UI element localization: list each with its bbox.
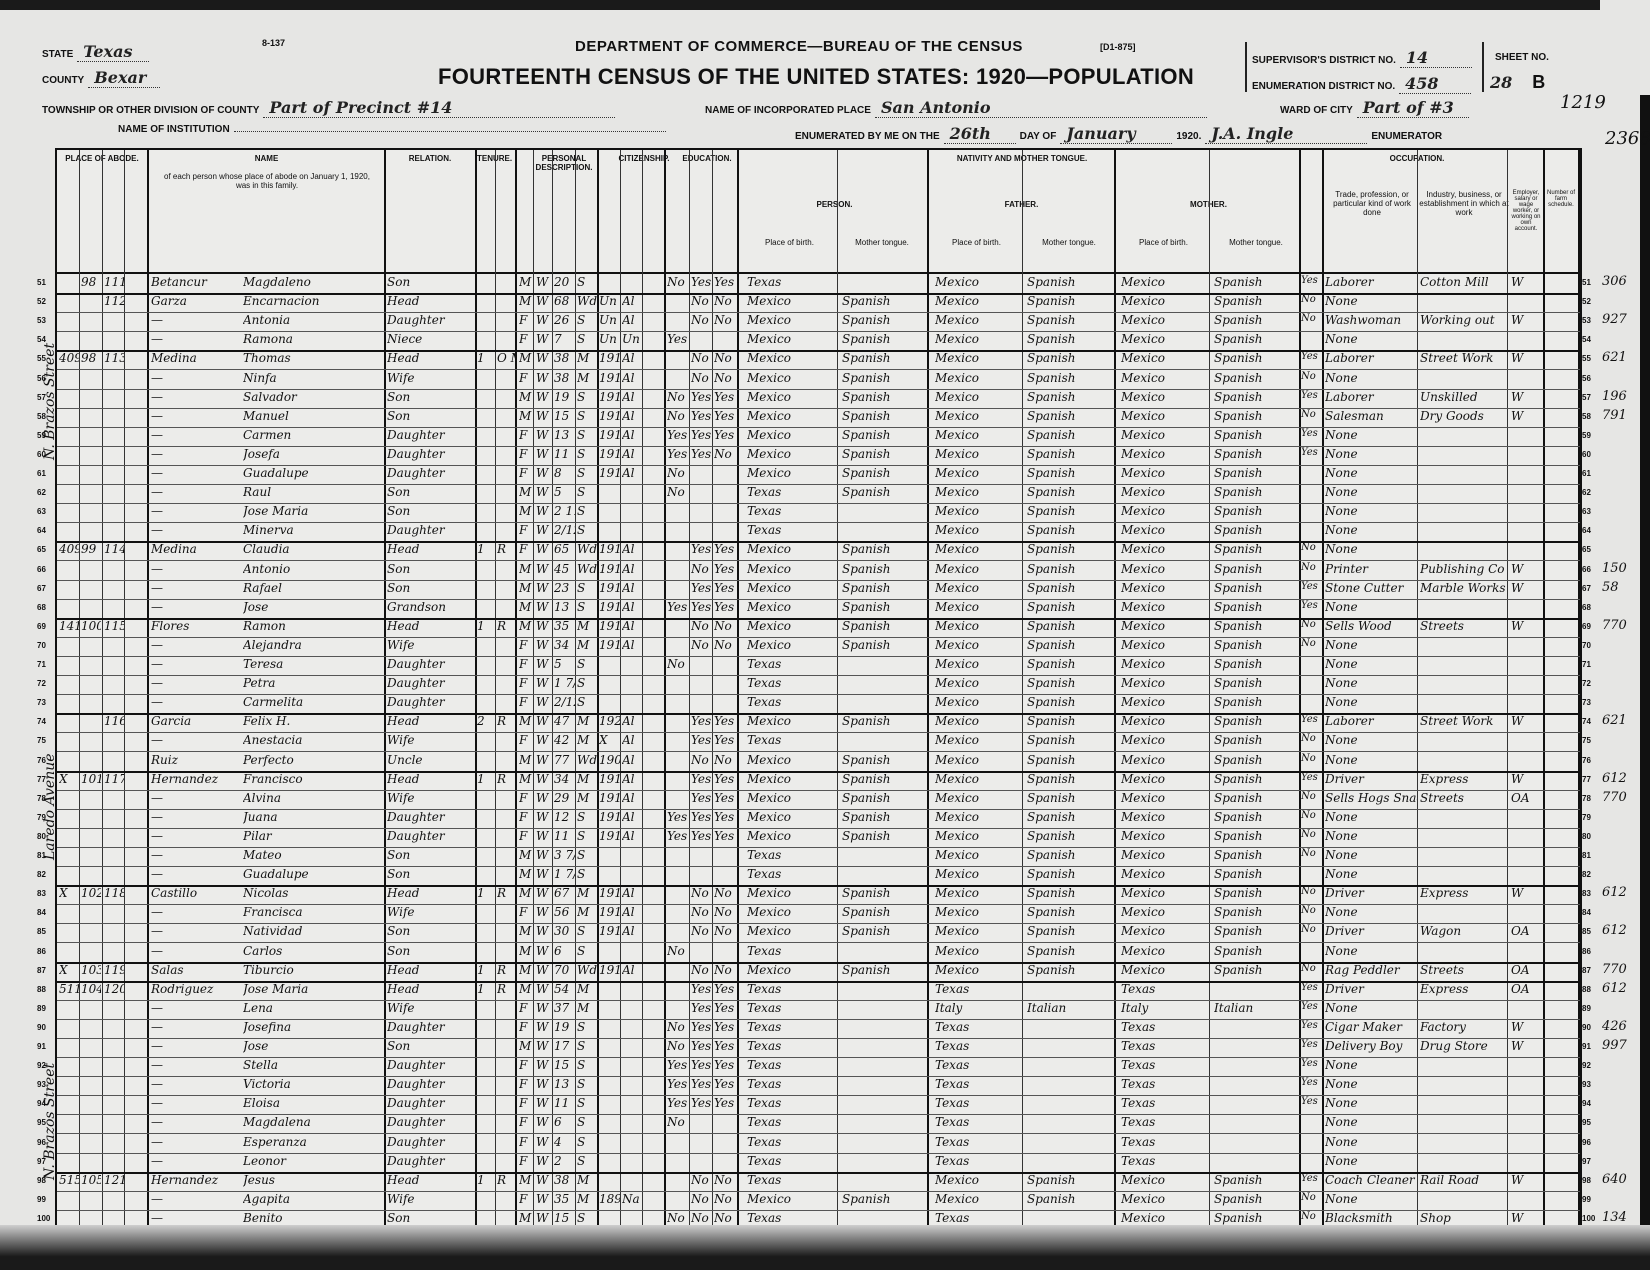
can-read: Yes: [691, 1020, 712, 1034]
given-name: Minerva: [243, 523, 383, 537]
age: 13: [554, 600, 575, 614]
marital-status: Wd: [577, 963, 597, 977]
trade: Laborer: [1325, 275, 1417, 289]
can-write: No: [714, 313, 736, 327]
race: W: [536, 1020, 552, 1034]
age: 2 11/12: [554, 504, 575, 518]
speaks-english: Yes: [1301, 1001, 1321, 1012]
age: 2: [554, 1154, 575, 1168]
given-name: Guadalupe: [243, 867, 383, 881]
speaks-english: No: [1301, 1192, 1321, 1203]
class-of-worker: W: [1511, 619, 1541, 633]
naturalization: Al: [622, 714, 642, 728]
race: W: [536, 600, 552, 614]
trade: Driver: [1325, 886, 1417, 900]
father-birthplace: Mexico: [935, 963, 1021, 977]
race: W: [536, 1115, 552, 1129]
speaks-english: No: [1301, 313, 1321, 324]
can-write: Yes: [714, 562, 736, 576]
mortgage: R: [497, 1173, 515, 1187]
father-mother-tongue: Spanish: [1027, 390, 1113, 404]
sex: M: [519, 562, 533, 576]
census-table: PLACE OF ABODE. NAME of each person whos…: [55, 148, 1582, 1232]
marital-status: S: [577, 924, 597, 938]
age: 35: [554, 1192, 575, 1206]
industry: Wagon: [1420, 924, 1506, 938]
sex: M: [519, 963, 533, 977]
mother-birthplace: Mexico: [1121, 657, 1207, 671]
table-row: 56 — Ninfa Wife F W 38 M 1912 Al No No M…: [57, 370, 1580, 390]
marital-status: S: [577, 1154, 597, 1168]
mother-birthplace: Mexico: [1121, 791, 1207, 805]
line-number-right: 72: [1582, 679, 1591, 688]
father-birthplace: Texas: [935, 1039, 1021, 1053]
can-read: Yes: [691, 1096, 712, 1110]
mother-mother-tongue: Spanish: [1214, 944, 1298, 958]
mother-mother-tongue: Spanish: [1214, 676, 1298, 690]
line-number: 89: [37, 1004, 46, 1013]
marital-status: S: [577, 332, 597, 346]
group-relation: RELATION.: [385, 154, 475, 163]
mother-birthplace: Mexico: [1121, 390, 1207, 404]
can-write: Yes: [714, 829, 736, 843]
margin-code: 927: [1602, 312, 1627, 327]
relation: Head: [387, 619, 475, 633]
given-name: Natividad: [243, 924, 383, 938]
relation: Daughter: [387, 447, 475, 461]
mother-mother-tongue: Spanish: [1214, 428, 1298, 442]
sex: M: [519, 772, 533, 786]
race: W: [536, 1001, 552, 1015]
person-mother-tongue: Spanish: [842, 963, 926, 977]
scan-border-bottom: [0, 1225, 1650, 1270]
relation: Wife: [387, 733, 475, 747]
mother-birthplace: Texas: [1121, 1039, 1207, 1053]
mother-mother-tongue: Spanish: [1214, 963, 1298, 977]
race: W: [536, 944, 552, 958]
father-birthplace: Mexico: [935, 1173, 1021, 1187]
race: W: [536, 886, 552, 900]
mother-mother-tongue: Spanish: [1214, 390, 1298, 404]
industry: Unskilled: [1420, 390, 1506, 404]
immigration-year: 1912: [599, 428, 620, 442]
line-number-right: 74: [1582, 717, 1591, 726]
immigration-year: 1913: [599, 562, 620, 576]
mother-mother-tongue: Spanish: [1214, 523, 1298, 537]
class-of-worker: W: [1511, 313, 1541, 327]
person-birthplace: Mexico: [747, 351, 835, 365]
table-row: 68 — Jose Grandson M W 13 S 1913 Al Yes …: [57, 599, 1580, 620]
race: W: [536, 657, 552, 671]
trade: Driver: [1325, 772, 1417, 786]
street-label: N. Brazos Street: [42, 1063, 58, 1180]
father-mother-tongue: Spanish: [1027, 600, 1113, 614]
age: 3 7/12: [554, 848, 575, 862]
immigration-year: 1913: [599, 638, 620, 652]
form-code: [D1-875]: [1100, 42, 1136, 52]
person-birthplace: Texas: [747, 867, 835, 881]
naturalization: Al: [622, 638, 642, 652]
person-birthplace: Mexico: [747, 466, 835, 480]
line-number-right: 100: [1582, 1214, 1595, 1223]
family-number: 117: [104, 772, 124, 786]
given-name: Alejandra: [243, 638, 383, 652]
relation: Head: [387, 982, 475, 996]
age: 70: [554, 963, 575, 977]
header-father-birth: Place of birth.: [929, 238, 1024, 247]
person-mother-tongue: Spanish: [842, 466, 926, 480]
person-birthplace: Mexico: [747, 332, 835, 346]
speaks-english: No: [1301, 753, 1321, 764]
naturalization: Al: [622, 886, 642, 900]
census-title: FOURTEENTH CENSUS OF THE UNITED STATES: …: [438, 64, 1194, 90]
table-row: 78 — Alvina Wife F W 29 M 1911 Al Yes Ye…: [57, 790, 1580, 810]
immigration-year: X: [599, 733, 620, 747]
speaks-english: No: [1301, 886, 1321, 897]
surname: Hernandez: [151, 1173, 241, 1187]
given-name: Carmen: [243, 428, 383, 442]
line-number-right: 51: [1582, 278, 1591, 287]
age: 35: [554, 619, 575, 633]
age: 5: [554, 657, 575, 671]
sex: M: [519, 714, 533, 728]
naturalization: Al: [622, 390, 642, 404]
marital-status: S: [577, 428, 597, 442]
mother-mother-tongue: Spanish: [1214, 733, 1298, 747]
person-birthplace: Mexico: [747, 409, 835, 423]
father-birthplace: Mexico: [935, 944, 1021, 958]
naturalization: Al: [622, 619, 642, 633]
mother-mother-tongue: Spanish: [1214, 1211, 1298, 1225]
line-number-right: 57: [1582, 393, 1591, 402]
mother-mother-tongue: Spanish: [1214, 829, 1298, 843]
father-birthplace: Mexico: [935, 351, 1021, 365]
relation: Son: [387, 924, 475, 938]
father-birthplace: Mexico: [935, 772, 1021, 786]
class-of-worker: OA: [1511, 982, 1541, 996]
trade: Sells Hogs Snacks: [1325, 791, 1417, 805]
table-row: 70 — Alejandra Wife F W 34 M 1913 Al No …: [57, 637, 1580, 657]
speaks-english: No: [1301, 810, 1321, 821]
header-mother-birth: Place of birth.: [1116, 238, 1211, 247]
father-birthplace: Texas: [935, 1115, 1021, 1129]
mother-birthplace: Mexico: [1121, 275, 1207, 289]
marital-status: M: [577, 733, 597, 747]
trade: None: [1325, 1058, 1417, 1072]
line-number-right: 95: [1582, 1118, 1591, 1127]
person-birthplace: Texas: [747, 1154, 835, 1168]
person-birthplace: Mexico: [747, 313, 835, 327]
mother-birthplace: Texas: [1121, 1115, 1207, 1129]
margin-code: 612: [1602, 771, 1627, 786]
given-name: Francisco: [243, 772, 383, 786]
sex: M: [519, 1039, 533, 1053]
table-row: 94 — Eloisa Daughter F W 11 S Yes Yes Ye…: [57, 1095, 1580, 1115]
line-number-right: 76: [1582, 756, 1591, 765]
given-name: Teresa: [243, 657, 383, 671]
father-birthplace: Texas: [935, 1058, 1021, 1072]
can-write: Yes: [714, 542, 736, 556]
family-number: 119: [104, 963, 124, 977]
father-mother-tongue: Spanish: [1027, 466, 1113, 480]
speaks-english: No: [1301, 294, 1321, 305]
mother-mother-tongue: Spanish: [1214, 695, 1298, 709]
relation: Wife: [387, 371, 475, 385]
immigration-year: 1910: [599, 963, 620, 977]
trade: Delivery Boy: [1325, 1039, 1417, 1053]
line-number-right: 61: [1582, 469, 1591, 478]
table-row: 86 — Carlos Son M W 6 S No Texas Mexico …: [57, 943, 1580, 964]
table-row: 88 511 104 120 Rodriguez Jose Maria Head…: [57, 981, 1580, 1001]
state-value: Texas: [77, 42, 149, 62]
age: 34: [554, 638, 575, 652]
relation: Grandson: [387, 600, 475, 614]
line-number: 100: [37, 1214, 50, 1223]
speaks-english: Yes: [1301, 1020, 1321, 1031]
race: W: [536, 390, 552, 404]
father-birthplace: Texas: [935, 1211, 1021, 1225]
can-read: No: [691, 294, 712, 308]
relation: Son: [387, 275, 475, 289]
person-birthplace: Texas: [747, 1135, 835, 1149]
mother-birthplace: Mexico: [1121, 447, 1207, 461]
ward-field: WARD OF CITY Part of #3: [1280, 98, 1469, 118]
marital-status: S: [577, 523, 597, 537]
immigration-year: Un: [599, 313, 620, 327]
line-number-right: 68: [1582, 603, 1591, 612]
immigration-year: 1913: [599, 581, 620, 595]
person-birthplace: Texas: [747, 848, 835, 862]
attended-school: Yes: [667, 1077, 689, 1091]
line-number-right: 80: [1582, 832, 1591, 841]
mother-mother-tongue: Spanish: [1214, 657, 1298, 671]
family-number: 118: [104, 886, 124, 900]
can-write: No: [714, 447, 736, 461]
mother-birthplace: Mexico: [1121, 829, 1207, 843]
marital-status: M: [577, 982, 597, 996]
relation: Daughter: [387, 695, 475, 709]
relation: Son: [387, 1211, 475, 1225]
given-name: Ninfa: [243, 371, 383, 385]
mother-birthplace: Mexico: [1121, 466, 1207, 480]
relation: Daughter: [387, 1096, 475, 1110]
person-birthplace: Mexico: [747, 619, 835, 633]
trade: None: [1325, 600, 1417, 614]
race: W: [536, 905, 552, 919]
sex: F: [519, 676, 533, 690]
person-birthplace: Texas: [747, 1020, 835, 1034]
line-number-right: 65: [1582, 545, 1591, 554]
immigration-year: 1913: [599, 619, 620, 633]
surname: —: [151, 409, 241, 423]
father-birthplace: Mexico: [935, 886, 1021, 900]
margin-code: 150: [1602, 561, 1627, 576]
dwelling-number: 100: [81, 619, 101, 633]
can-write: No: [714, 1192, 736, 1206]
race: W: [536, 753, 552, 767]
can-read: No: [691, 619, 712, 633]
marital-status: M: [577, 905, 597, 919]
father-mother-tongue: Spanish: [1027, 657, 1113, 671]
margin-code: 58: [1602, 580, 1619, 595]
age: 45: [554, 562, 575, 576]
given-name: Jose: [243, 1039, 383, 1053]
father-birthplace: Mexico: [935, 676, 1021, 690]
mother-mother-tongue: Spanish: [1214, 332, 1298, 346]
given-name: Carmelita: [243, 695, 383, 709]
line-number-right: 52: [1582, 297, 1591, 306]
sex: M: [519, 753, 533, 767]
relation: Daughter: [387, 657, 475, 671]
age: 4: [554, 1135, 575, 1149]
sheet-side: B: [1532, 72, 1545, 93]
industry: Rail Road: [1420, 1173, 1506, 1187]
marital-status: M: [577, 1173, 597, 1187]
margin-code: 791: [1602, 408, 1627, 423]
mother-birthplace: Mexico: [1121, 1211, 1207, 1225]
attended-school: Yes: [667, 428, 689, 442]
person-mother-tongue: Spanish: [842, 581, 926, 595]
father-mother-tongue: Spanish: [1027, 485, 1113, 499]
age: 6: [554, 1115, 575, 1129]
sex: M: [519, 982, 533, 996]
line-number-right: 81: [1582, 851, 1591, 860]
age: 42: [554, 733, 575, 747]
surname: —: [151, 733, 241, 747]
age: 54: [554, 982, 575, 996]
can-read: Yes: [691, 733, 712, 747]
mother-mother-tongue: Spanish: [1214, 447, 1298, 461]
sex: F: [519, 695, 533, 709]
table-row: 87 X 103 119 Salas Tiburcio Head 1 R M W…: [57, 962, 1580, 983]
table-row: 71 — Teresa Daughter F W 5 S No Texas Me…: [57, 656, 1580, 676]
margin-code: 306: [1602, 274, 1627, 289]
census-sheet: STATE Texas COUNTY Bexar 8-137 DEPARTMEN…: [0, 0, 1650, 1270]
speaks-english: Yes: [1301, 1173, 1321, 1184]
mother-birthplace: Mexico: [1121, 1173, 1207, 1187]
marital-status: S: [577, 867, 597, 881]
trade: None: [1325, 867, 1417, 881]
person-birthplace: Mexico: [747, 581, 835, 595]
line-number-right: 58: [1582, 412, 1591, 421]
race: W: [536, 542, 552, 556]
marital-status: S: [577, 600, 597, 614]
immigration-year: 1920: [599, 714, 620, 728]
naturalization: Al: [622, 791, 642, 805]
trade: None: [1325, 504, 1417, 518]
sex: F: [519, 1192, 533, 1206]
immigration-year: 1912: [599, 351, 620, 365]
line-number-right: 93: [1582, 1080, 1591, 1089]
class-of-worker: W: [1511, 1020, 1541, 1034]
class-of-worker: OA: [1511, 963, 1541, 977]
attended-school: No: [667, 1115, 689, 1129]
header-person-tongue: Mother tongue.: [837, 238, 927, 247]
attended-school: Yes: [667, 447, 689, 461]
mother-birthplace: Mexico: [1121, 428, 1207, 442]
family-number: 113: [104, 351, 124, 365]
table-row: 79 — Juana Daughter F W 12 S 1911 Al Yes…: [57, 809, 1580, 829]
age: 5: [554, 485, 575, 499]
institution-field: NAME OF INSTITUTION: [118, 124, 666, 135]
immigration-year: 1911: [599, 886, 620, 900]
sex: F: [519, 1135, 533, 1149]
can-read: No: [691, 886, 712, 900]
trade: None: [1325, 523, 1417, 537]
father-birthplace: Mexico: [935, 447, 1021, 461]
surname: —: [151, 848, 241, 862]
father-mother-tongue: Spanish: [1027, 542, 1113, 556]
father-mother-tongue: Spanish: [1027, 638, 1113, 652]
sex: F: [519, 810, 533, 824]
mother-mother-tongue: Spanish: [1214, 313, 1298, 327]
father-birthplace: Mexico: [935, 466, 1021, 480]
sex: F: [519, 1096, 533, 1110]
state-field: STATE Texas: [42, 42, 149, 62]
can-read: Yes: [691, 409, 712, 423]
relation: Daughter: [387, 676, 475, 690]
home-owned: 2: [477, 714, 495, 728]
mother-birthplace: Texas: [1121, 1077, 1207, 1091]
mother-mother-tongue: Spanish: [1214, 810, 1298, 824]
line-number: 67: [37, 584, 46, 593]
table-row: 77 X 101 117 Hernandez Francisco Head 1 …: [57, 771, 1580, 791]
header-person-birth: Place of birth.: [742, 238, 837, 247]
person-mother-tongue: Spanish: [842, 447, 926, 461]
trade: None: [1325, 1077, 1417, 1091]
line-number: 63: [37, 507, 46, 516]
immigration-year: 1912: [599, 390, 620, 404]
surname: —: [151, 1001, 241, 1015]
relation: Wife: [387, 905, 475, 919]
person-mother-tongue: Spanish: [842, 810, 926, 824]
family-number: 116: [104, 714, 124, 728]
father-mother-tongue: Spanish: [1027, 676, 1113, 690]
relation: Son: [387, 390, 475, 404]
given-name: Ramona: [243, 332, 383, 346]
can-read: Yes: [691, 428, 712, 442]
surname: Medina: [151, 351, 241, 365]
race: W: [536, 504, 552, 518]
table-row: 92 — Stella Daughter F W 15 S Yes Yes Ye…: [57, 1057, 1580, 1077]
attended-school: Yes: [667, 810, 689, 824]
mother-birthplace: Mexico: [1121, 600, 1207, 614]
sex: F: [519, 657, 533, 671]
margin-code: 134: [1602, 1210, 1627, 1225]
table-row: 75 — Anestacia Wife F W 42 M X Al Yes Ye…: [57, 732, 1580, 752]
surname: —: [151, 1115, 241, 1129]
father-mother-tongue: Spanish: [1027, 905, 1113, 919]
father-birthplace: Italy: [935, 1001, 1021, 1015]
house-number: X: [59, 963, 79, 977]
person-birthplace: Mexico: [747, 562, 835, 576]
relation: Daughter: [387, 1020, 475, 1034]
person-birthplace: Texas: [747, 1173, 835, 1187]
house-number: 409: [59, 351, 79, 365]
surname: —: [151, 1192, 241, 1206]
mother-birthplace: Texas: [1121, 982, 1207, 996]
mother-mother-tongue: Spanish: [1214, 294, 1298, 308]
race: W: [536, 1039, 552, 1053]
person-mother-tongue: Spanish: [842, 829, 926, 843]
class-of-worker: OA: [1511, 924, 1541, 938]
table-row: 51 98 111 Betancur Magdaleno Son M W 20 …: [57, 274, 1580, 295]
person-mother-tongue: Spanish: [842, 294, 926, 308]
surname: —: [151, 1135, 241, 1149]
relation: Daughter: [387, 523, 475, 537]
speaks-english: Yes: [1301, 982, 1321, 993]
speaks-english: No: [1301, 562, 1321, 573]
